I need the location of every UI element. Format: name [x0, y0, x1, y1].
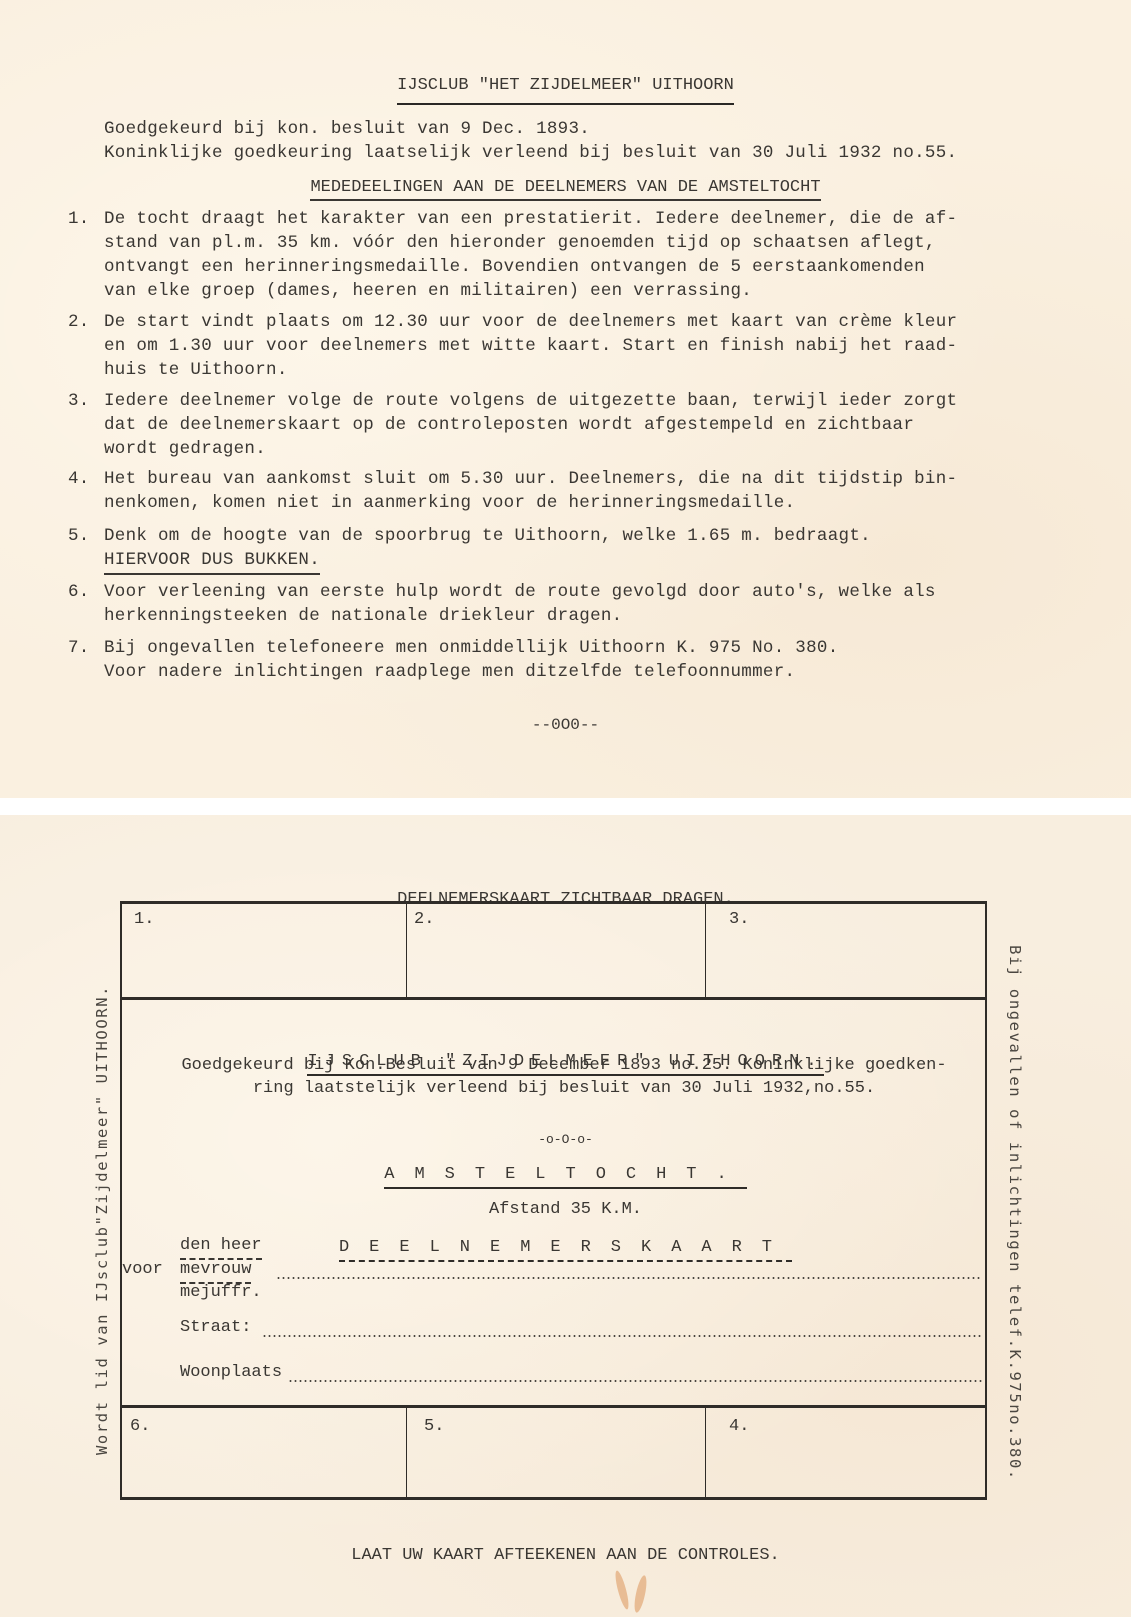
item-number: 6.	[68, 580, 98, 604]
text-line: dat de deelnemerskaart op de controlepos…	[104, 413, 1044, 437]
text-line: stand van pl.m. 35 km. vóór den hieronde…	[104, 231, 1044, 255]
salutation-heer[interactable]: den heer	[180, 1236, 262, 1255]
wear-visibly-note: DEELNEMERSKAART ZICHTBAAR DRAGEN.	[0, 890, 1131, 909]
residence-field[interactable]	[288, 1380, 982, 1382]
event-name: AMSTELTOCHT.	[0, 1165, 1131, 1184]
distance: Afstand 35 K.M.	[0, 1200, 1131, 1219]
box-divider-bottom	[120, 1405, 987, 1408]
text-line: Denk om de hoogte van de spoorbrug te Ui…	[104, 524, 1044, 548]
emphasis-text: HIERVOOR DUS BUKKEN.	[104, 550, 320, 575]
item-number: 1.	[68, 207, 98, 231]
approval-line-2: ring laatstelijk verleend bij besluit va…	[124, 1079, 1004, 1098]
cell-divider	[406, 1406, 407, 1498]
footer-note: LAAT UW KAART AFTEEKENEN AAN DE CONTROLE…	[0, 1546, 1131, 1565]
item-number: 7.	[68, 636, 98, 660]
text-line: Het bureau van aankomst sluit om 5.30 uu…	[104, 467, 1044, 491]
notice-item-2: De start vindt plaats om 12.30 uur voor …	[104, 310, 1044, 382]
cell-divider	[406, 901, 407, 998]
text-line: ontvangt een herinneringsmedaille. Boven…	[104, 255, 1044, 279]
approval-line-2: Koninklijke goedkeuring laatselijk verle…	[104, 141, 957, 165]
checkpoint-stamp-3[interactable]: 3.	[729, 910, 749, 929]
voor-label: voor	[122, 1260, 163, 1279]
notices-heading: MEDEDEELINGEN AAN DE DEELNEMERS VAN DE A…	[0, 178, 1131, 197]
salutation-mevrouw[interactable]: mevrouw	[180, 1260, 251, 1279]
approval-line-1: Goedgekeurd bij Kon.Besluit van 9 Decemb…	[124, 1056, 1004, 1075]
box-divider-top	[120, 997, 987, 1000]
notice-item-4: Het bureau van aankomst sluit om 5.30 uu…	[104, 467, 1044, 515]
text-line: Bij ongevallen telefoneere men onmiddell…	[104, 636, 1044, 660]
notice-item-6: Voor verleening van eerste hulp wordt de…	[104, 580, 1044, 628]
name-field[interactable]	[276, 1277, 982, 1279]
cell-divider	[705, 901, 706, 998]
checkpoint-stamp-6[interactable]: 6.	[130, 1417, 150, 1436]
item-number: 3.	[68, 389, 98, 413]
text-line: De tocht draagt het karakter van een pre…	[104, 207, 1044, 231]
text-line: huis te Uithoorn.	[104, 358, 1044, 382]
text-line: Voor nadere inlichtingen raadplege men d…	[104, 660, 1044, 684]
text-line: en om 1.30 uur voor deelnemers met witte…	[104, 334, 1044, 358]
text-line: Iedere deelnemer volge de route volgens …	[104, 389, 1044, 413]
approval-line-1: Goedgekeurd bij kon. besluit van 9 Dec. …	[104, 117, 590, 141]
ornament: --0O0--	[0, 716, 1131, 734]
notice-item-7: Bij ongevallen telefoneere men onmiddell…	[104, 636, 1044, 684]
notice-card: IJSCLUB "HET ZIJDELMEER" UITHOORN Goedge…	[0, 0, 1131, 798]
cell-divider	[705, 1406, 706, 1498]
checkpoint-stamp-4[interactable]: 4.	[729, 1417, 749, 1436]
text-line: Voor verleening van eerste hulp wordt de…	[104, 580, 1044, 604]
box-top-border	[120, 901, 987, 904]
emergency-side-note: Bij ongevallen of inlichtingen telef.K.9…	[1006, 945, 1024, 1481]
residence-label: Woonplaats	[180, 1363, 282, 1382]
salutation-mejuffr[interactable]: mejuffr.	[180, 1283, 262, 1302]
box-bottom-border	[120, 1497, 987, 1500]
notice-item-3: Iedere deelnemer volge de route volgens …	[104, 389, 1044, 461]
street-label: Straat:	[180, 1318, 251, 1337]
item-number: 5.	[68, 524, 98, 548]
ornament: -o-O-o-	[0, 1132, 1131, 1147]
text-line: nenkomen, komen niet in aanmerking voor …	[104, 491, 1044, 515]
checkpoint-stamp-2[interactable]: 2.	[414, 910, 434, 929]
notice-item-1: De tocht draagt het karakter van een pre…	[104, 207, 1044, 303]
text-line: De start vindt plaats om 12.30 uur voor …	[104, 310, 1044, 334]
text-line: herkenningsteeken de nationale driekleur…	[104, 604, 1044, 628]
club-title: IJSCLUB "HET ZIJDELMEER" UITHOORN	[0, 76, 1131, 95]
checkpoint-stamp-5[interactable]: 5.	[424, 1417, 444, 1436]
item-number: 4.	[68, 467, 98, 491]
notice-item-5: Denk om de hoogte van de spoorbrug te Ui…	[104, 524, 1044, 572]
membership-side-note: Wordt lid van IJsclub"Zijdelmeer" UITHOO…	[93, 985, 111, 1455]
street-field[interactable]	[262, 1335, 982, 1337]
checkpoint-stamp-1[interactable]: 1.	[134, 910, 154, 929]
item-number: 2.	[68, 310, 98, 334]
card-type-heading: DEELNEMERSKAART	[0, 1238, 1131, 1257]
text-line: van elke groep (dames, heeren en militai…	[104, 279, 1044, 303]
text-line: wordt gedragen.	[104, 437, 1044, 461]
